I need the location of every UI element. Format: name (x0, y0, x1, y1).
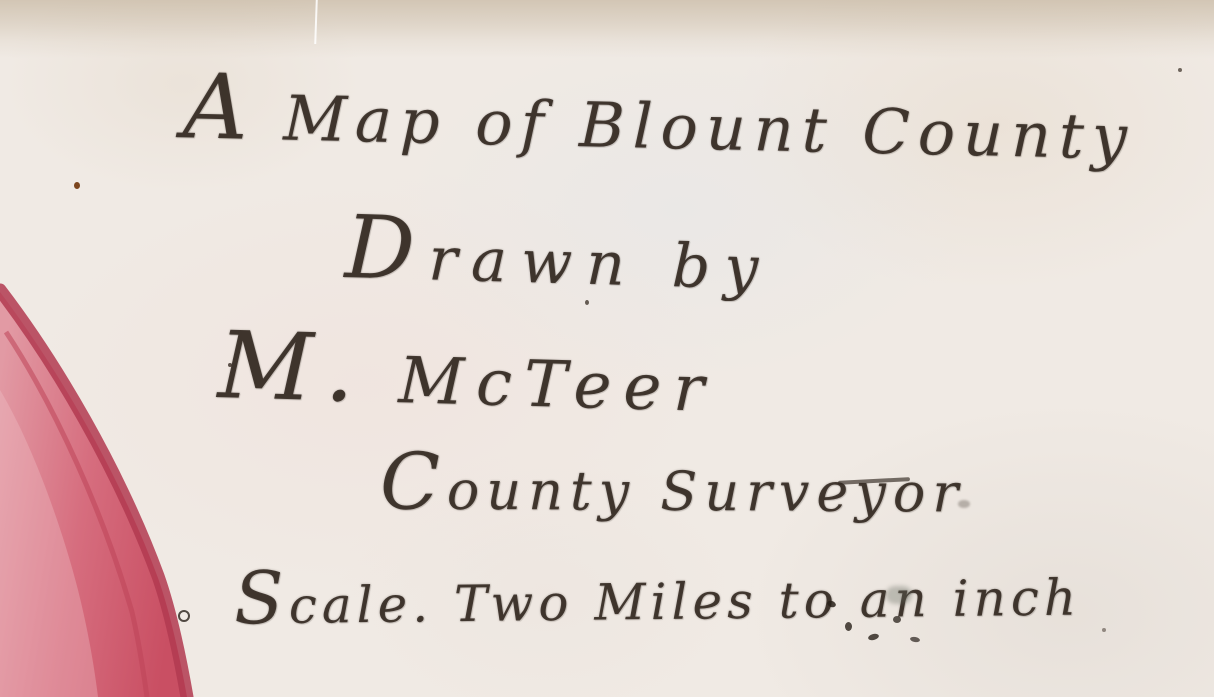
ink-speck (1178, 68, 1182, 72)
ink-speck (178, 610, 190, 622)
map-sheet: A Map of Blount County Drawn by M. McTee… (0, 0, 1214, 697)
author-role: County Surveyor (380, 436, 966, 530)
ink-speck (74, 182, 80, 189)
drawn-by-line: Drawn by (344, 196, 774, 310)
scale-note: Scale. Two Miles to an inch (234, 549, 1082, 642)
ink-speck (1102, 628, 1106, 632)
ink-smudge (958, 500, 970, 508)
map-title: A Map of Blount County (182, 55, 1136, 181)
author-name: M. McTeer (217, 311, 718, 433)
ink-speck (585, 300, 589, 305)
ink-blot (845, 622, 852, 631)
ink-smudge (886, 586, 912, 604)
ink-blot (893, 616, 901, 623)
ink-speck (228, 363, 232, 367)
